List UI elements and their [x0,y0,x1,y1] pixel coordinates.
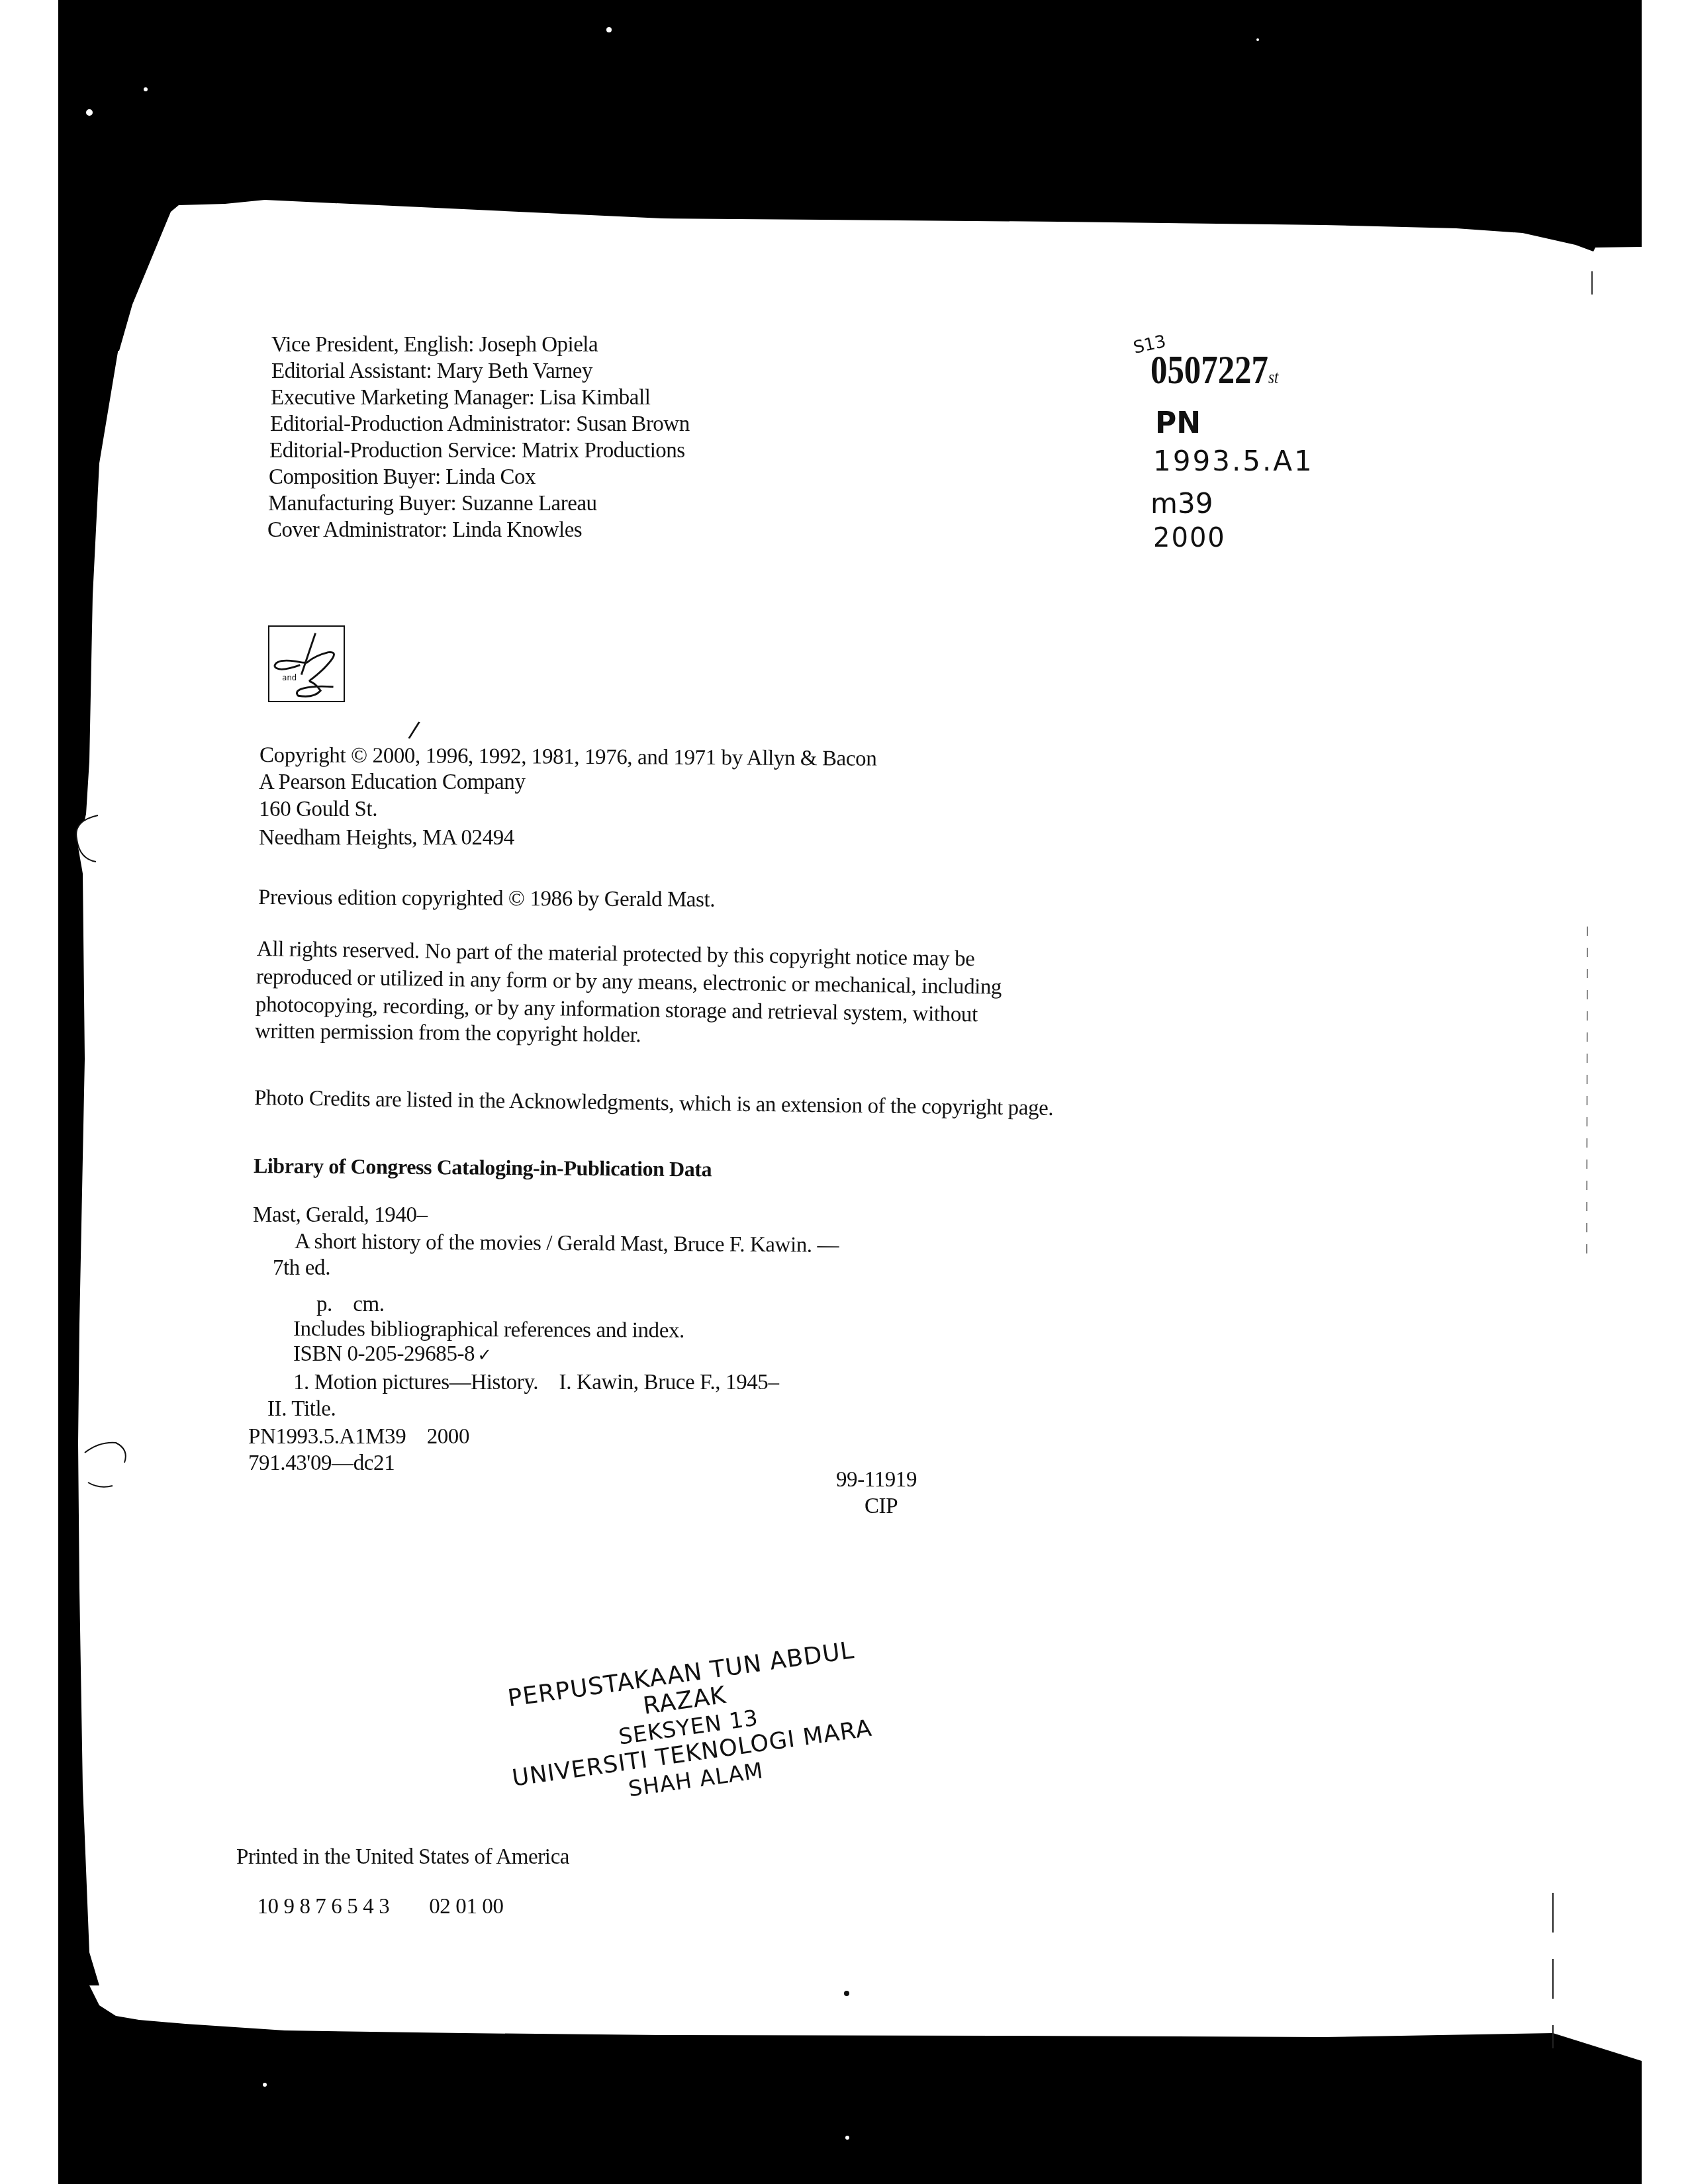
print-line: 10 9 8 7 6 5 4 302 01 00 [236,1874,504,1940]
cip-label: CIP [865,1496,898,1518]
cip-edition: 7th ed. [273,1257,330,1279]
checkmark-icon: ✓ [477,1345,491,1365]
cip-lc-class: PN1993.5.A1M39 2000 [248,1426,469,1448]
previous-edition-notice: Previous edition copyrighted © 1986 by G… [258,887,715,911]
copyright-line: Copyright © 2000, 1996, 1992, 1981, 1976… [259,745,877,770]
scan-border-top [58,0,1642,351]
credit-line: Editorial Assistant: Mary Beth Varney [271,361,592,383]
credit-line: Editorial-Production Administrator: Susa… [270,414,690,435]
cip-title-entry: II. Title. [267,1398,336,1420]
publisher-name: A Pearson Education Company [259,772,526,794]
isbn-text: ISBN 0-205-29685-8 [293,1342,475,1366]
call-number-line: 1993.5.A1 [1153,447,1314,475]
cip-author: Mast, Gerald, 1940– [253,1205,428,1226]
cip-physical: p. cm. [316,1294,385,1316]
scan-noise [86,27,1259,2140]
publisher-street: 160 Gould St. [259,799,377,821]
call-number-line: m39 [1150,490,1213,518]
credit-line: Vice President, English: Joseph Opiela [271,334,598,356]
logo-and-text: and [282,673,297,682]
credit-line: Manufacturing Buyer: Suzanne Lareau [268,493,597,515]
call-number-line: 2000 [1153,525,1226,551]
printing-year-line: 02 01 00 [429,1895,503,1919]
accession-digits: 0507227 [1150,347,1268,392]
credit-line: Editorial-Production Service: Matrix Pro… [269,440,685,462]
credit-line: Composition Buyer: Linda Cox [269,467,536,488]
binding-hole-outline [85,1443,126,1487]
cip-lccn: 99-11919 [836,1469,917,1491]
credit-line: Executive Marketing Manager: Lisa Kimbal… [271,387,650,409]
accession-suffix: st [1268,367,1278,388]
rights-reserved-line: written permission from the copyright ho… [255,1021,641,1046]
cip-dewey: 791.43'09—dc21 [248,1453,395,1475]
accession-number: 0507227st [1150,349,1278,390]
scan-border-bottom [58,1985,1642,2184]
printing-number-line: 10 9 8 7 6 5 4 3 [257,1895,389,1919]
ink-dot [844,1991,849,1996]
cip-heading: Library of Congress Cataloging-in-Public… [254,1155,712,1179]
cip-isbn: ISBN 0-205-29685-8✓ [293,1343,492,1365]
cip-subjects: 1. Motion pictures—History. I. Kawin, Br… [293,1372,779,1394]
publisher-city: Needham Heights, MA 02494 [259,827,514,849]
call-number-line: PN [1155,409,1201,438]
credit-line: Cover Administrator: Linda Knowles [267,520,582,541]
allyn-and-bacon-monogram-icon: and [269,627,344,701]
cip-notes: Includes bibliographical references and … [293,1318,684,1342]
publisher-logo: and [268,625,345,702]
printed-in-line: Printed in the United States of America [236,1846,569,1868]
scan-border-left [58,344,119,1985]
cip-title-line: A short history of the movies / Gerald M… [295,1231,839,1257]
crease-line [1587,927,1587,1257]
